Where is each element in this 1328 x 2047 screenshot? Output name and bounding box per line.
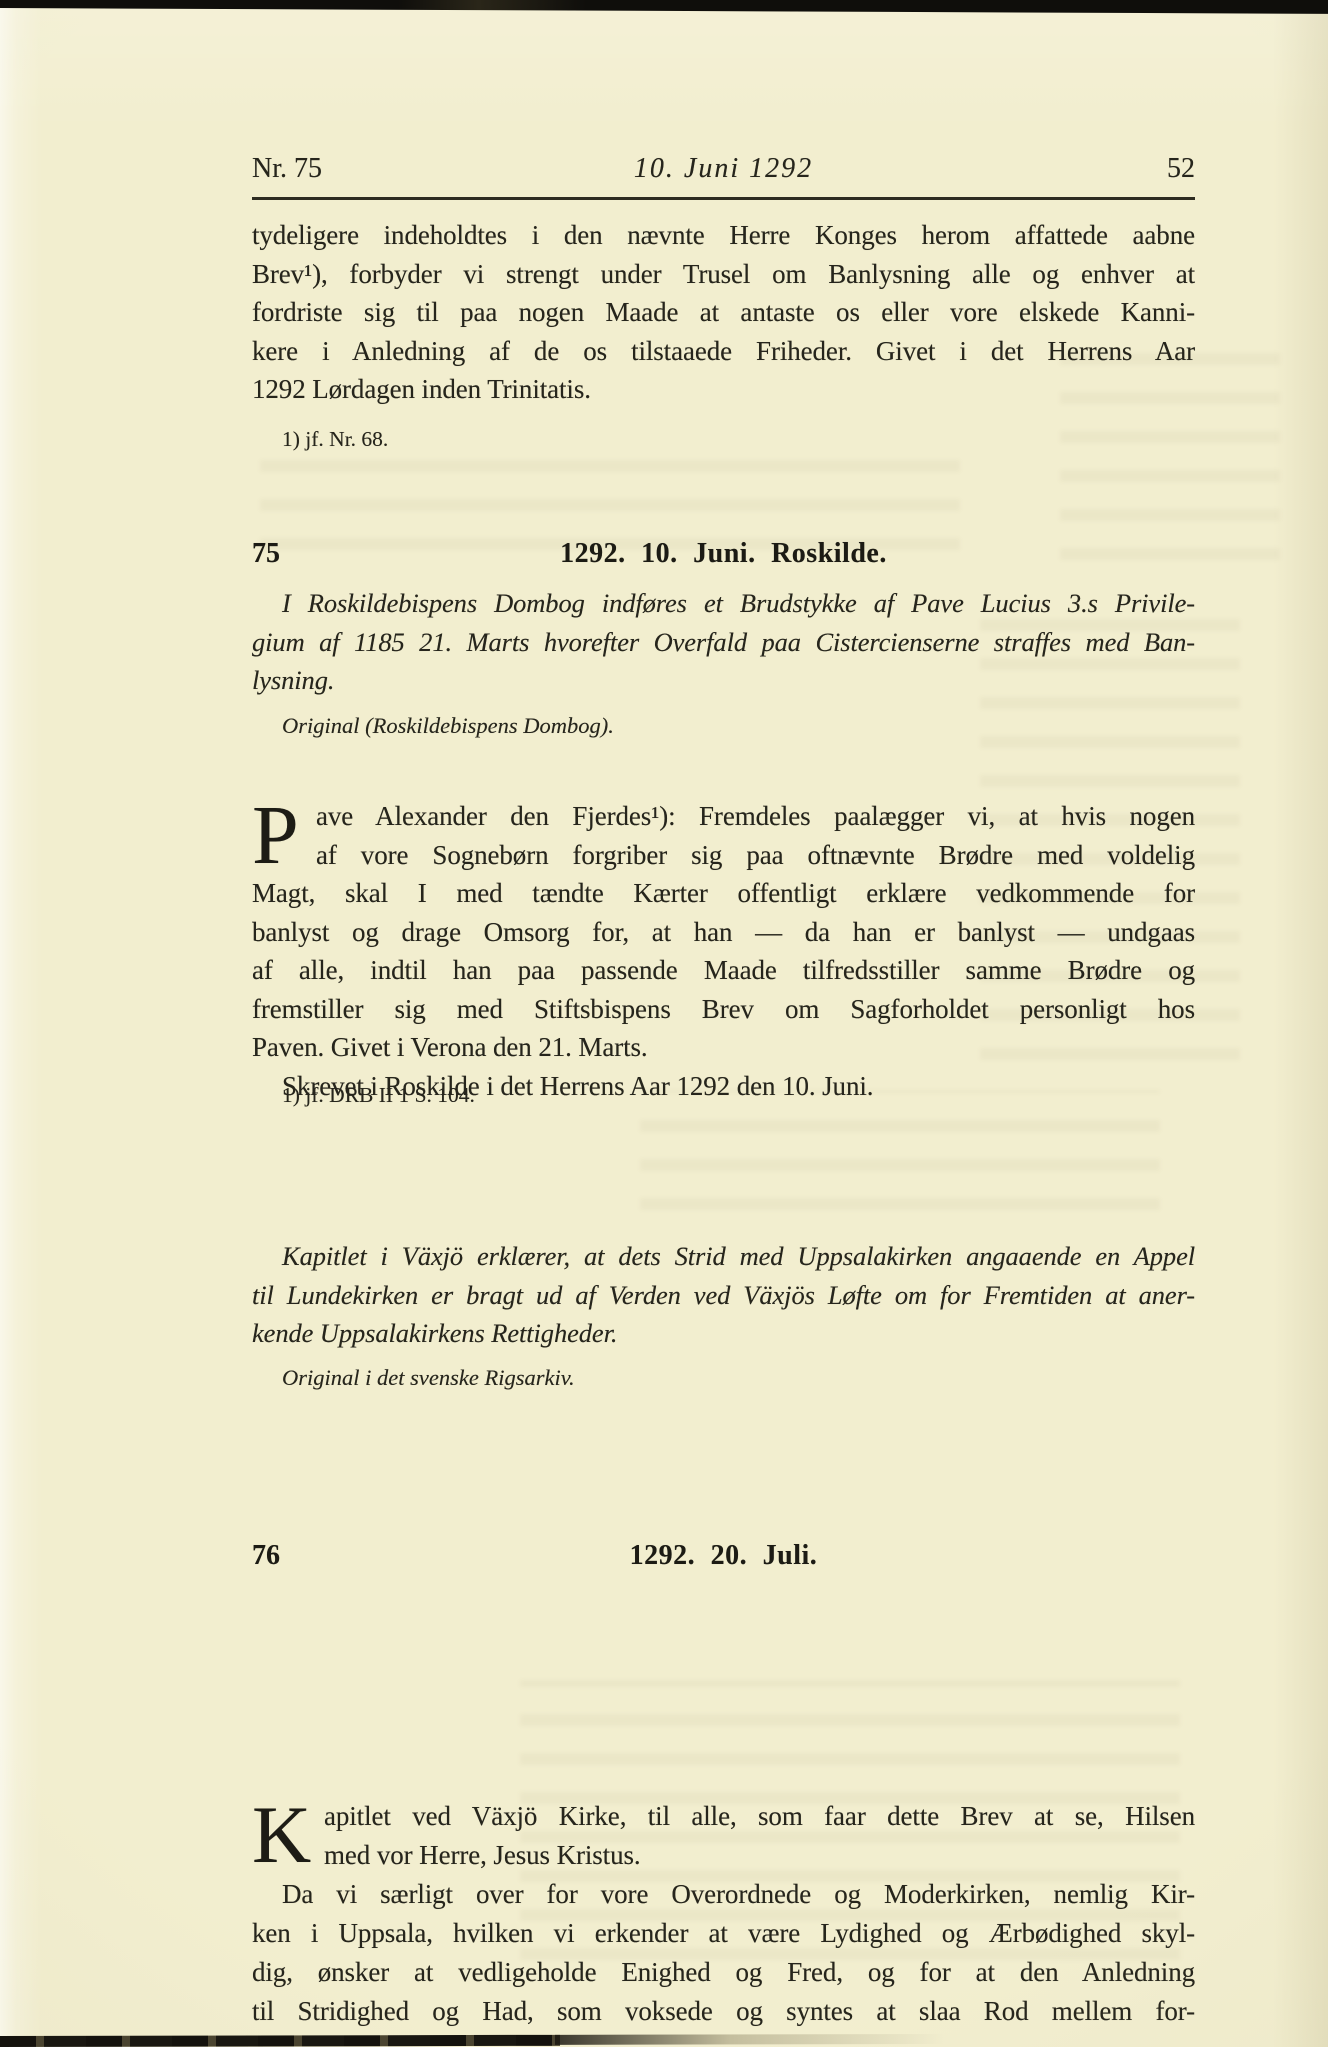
drop-cap: K (252, 1796, 311, 1874)
text-line: fordriste sig til paa nogen Maade at ant… (252, 293, 1195, 332)
text-line: fremstiller sig med Stiftsbispens Brev o… (252, 990, 1195, 1029)
running-head: Nr. 75 10. Juni 1292 52 (252, 153, 1195, 189)
text-line: Brev¹), forbyder vi strengt under Trusel… (252, 255, 1195, 294)
entry-75-body: P ave Alexander den Fjerdes¹): Fremdeles… (252, 797, 1195, 1105)
page-number: 52 (1167, 153, 1195, 185)
text-line: Da vi særligt over for vore Overordnede … (252, 1875, 1195, 1914)
summary-line: til Lundekirken er bragt ud af Verden ve… (252, 1276, 1195, 1315)
page-text-block: Nr. 75 10. Juni 1292 52 tydeligere indeh… (252, 0, 1195, 618)
text-line: af vore Sognebørn forgriber sig paa oftn… (252, 836, 1195, 875)
text-line: apitlet ved Växjö Kirke, til alle, som f… (252, 1797, 1195, 1836)
text-line: af alle, indtil han paa passende Maade t… (252, 951, 1195, 990)
text-line: Paven. Givet i Verona den 21. Marts. (252, 1028, 1195, 1067)
entry-76-source: Original i det svenske Rigsarkiv. (252, 1362, 1225, 1394)
summary-line: kende Uppsalakirkens Rettigheder. (252, 1314, 1195, 1353)
summary-line: Kapitlet i Växjö erklærer, at dets Strid… (252, 1237, 1195, 1276)
scan-edge-bottom (0, 2031, 1328, 2047)
text-line: dig, ønsker at vedligeholde Enighed og F… (252, 1953, 1195, 1992)
text-line: kere i Anledning af de os tilstaaede Fri… (252, 332, 1195, 371)
text-line: Magt, skal I med tændte Kærter offentlig… (252, 874, 1195, 913)
entry-76-summary: Kapitlet i Växjö erklærer, at dets Strid… (252, 1237, 1195, 1353)
footnote: 1) jf. Nr. 68. (252, 424, 1225, 454)
entry-date-place: 1292. 10. Juni. Roskilde. (252, 538, 1195, 570)
footnote: 1) jf. DRB II 1 S. 104. (252, 1080, 1225, 1110)
drop-cap: P (252, 796, 299, 876)
text-line: tydeligere indeholdtes i den nævnte Herr… (252, 216, 1195, 255)
scan-edge-bottom-fade (555, 2034, 945, 2045)
text-line: ave Alexander den Fjerdes¹): Fremdeles p… (252, 797, 1195, 836)
entry-75-summary: I Roskildebispens Dombog indføres et Bru… (252, 584, 1195, 700)
head-rule (252, 197, 1195, 200)
summary-line: gium af 1185 21. Marts hvorefter Overfal… (252, 623, 1195, 662)
entry-75-heading: 75 1292. 10. Juni. Roskilde. (252, 538, 1195, 576)
entry-date-place: 1292. 20. Juli. (252, 1540, 1195, 1572)
entry-76-heading: 76 1292. 20. Juli. (252, 1540, 1195, 1578)
running-head-date: 10. Juni 1292 (252, 153, 1195, 185)
text-line: til Stridighed og Had, som voksede og sy… (252, 1992, 1195, 2031)
text-line: banlyst og drage Omsorg for, at han — da… (252, 913, 1195, 952)
text-line: ken i Uppsala, hvilken vi erkender at væ… (252, 1914, 1195, 1953)
summary-line: I Roskildebispens Dombog indføres et Bru… (252, 584, 1195, 623)
text-line: med vor Herre, Jesus Kristus. (252, 1836, 1195, 1875)
intro-paragraph: tydeligere indeholdtes i den nævnte Herr… (252, 216, 1195, 409)
summary-line: lysning. (252, 661, 1195, 700)
scan-edge-bottom-dark (0, 2035, 560, 2047)
text-line: 1292 Lørdagen inden Trinitatis. (252, 370, 1195, 409)
entry-76-body: K apitlet ved Växjö Kirke, til alle, som… (252, 1797, 1195, 2031)
entry-75-source: Original (Roskildebispens Dombog). (252, 710, 1225, 742)
